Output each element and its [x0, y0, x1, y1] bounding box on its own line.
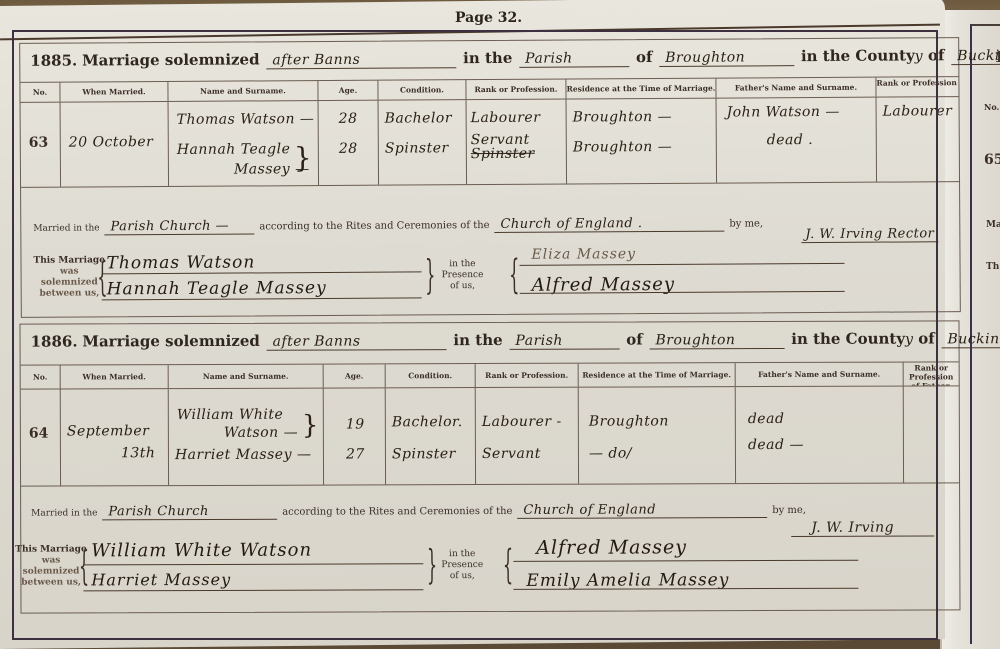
next-page-this-prefix: Th — [986, 262, 999, 272]
next-page-married-prefix: Ma — [986, 220, 1000, 230]
page-number: Page 32. — [455, 10, 522, 26]
county-name: Buckingham — [941, 331, 1000, 348]
next-page-col-no: No. — [984, 102, 999, 112]
register-frame — [12, 30, 938, 640]
county-name: Buckingham — [951, 47, 1000, 65]
next-page-entry-no: 65 — [984, 152, 1000, 168]
